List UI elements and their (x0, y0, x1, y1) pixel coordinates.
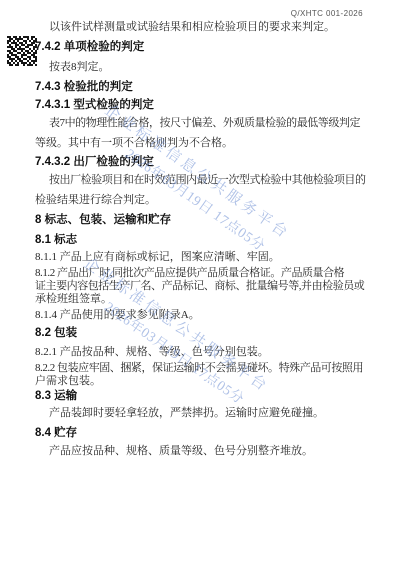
heading-8-1: 8.1 标志 (35, 234, 77, 247)
doc-number: Q/XHTC 001-2026 (291, 9, 363, 18)
para-8-3: 产品装卸时要轻拿轻放，严禁摔扔。运输时应避免碰撞。 (49, 407, 324, 420)
para-8-2-2-line-2: 户需求包装。 (35, 375, 101, 388)
para-7-4-3-1-line-2: 等级。其中有一项不合格则判为不合格。 (35, 137, 233, 150)
heading-8-4: 8.4 贮存 (35, 427, 77, 440)
para-judgement-intro: 以该件试样测量或试验结果和相应检验项目的要求来判定。 (49, 21, 335, 34)
para-8-1-2-line-1: 8.1.2 产品出厂时,同批次产品应提供产品质量合格证。产品质量合格 (35, 267, 344, 280)
heading-7-4-3-2: 7.4.3.2 出厂检验的判定 (35, 156, 154, 169)
heading-7-4-3: 7.4.3 检验批的判定 (35, 81, 133, 94)
para-8-1-1: 8.1.1 产品上应有商标或标记，图案应清晰、牢固。 (35, 251, 280, 264)
para-8-4: 产品应按品种、规格、质量等级、色号分别整齐堆放。 (49, 445, 313, 458)
para-8-1-2-line-3: 承检班组签章。 (35, 293, 112, 306)
document-page: Q/XHTC 001-2026 以该件试样测量或试验结果和相应检验项目的要求来判… (0, 0, 396, 561)
qr-code-icon (7, 36, 37, 66)
para-8-1-4: 8.1.4 产品使用的要求参见附录A。 (35, 309, 200, 322)
para-8-1-2-line-2: 证主要内容包括生产厂名、产品标记、商标、批量编号等,并由检验员或 (35, 280, 364, 293)
heading-7-4-3-1: 7.4.3.1 型式检验的判定 (35, 99, 154, 112)
heading-8: 8 标志、包装、运输和贮存 (35, 214, 171, 227)
para-8-2-2-line-1: 8.2.2 包装应牢固、捆紧，保证运输时不会摇晃碰坏。特殊产品可按照用 (35, 362, 363, 375)
heading-7-4-2: 7.4.2 单项检验的判定 (35, 41, 144, 54)
para-7-4-3-2-line-1: 按出厂检验项目和在时效范围内最近一次型式检验中其他检验项目的 (49, 174, 366, 187)
para-7-4-2: 按表8判定。 (49, 61, 110, 74)
para-7-4-3-1-line-1: 表7中的物理性能合格，按尺寸偏差、外观质量检验的最低等级判定 (49, 117, 360, 130)
heading-8-2: 8.2 包装 (35, 327, 77, 340)
heading-8-3: 8.3 运输 (35, 390, 77, 403)
para-7-4-3-2-line-2: 检验结果进行综合判定。 (35, 194, 156, 207)
para-8-2-1: 8.2.1 产品按品种、规格、等级、色号分别包装。 (35, 346, 269, 359)
